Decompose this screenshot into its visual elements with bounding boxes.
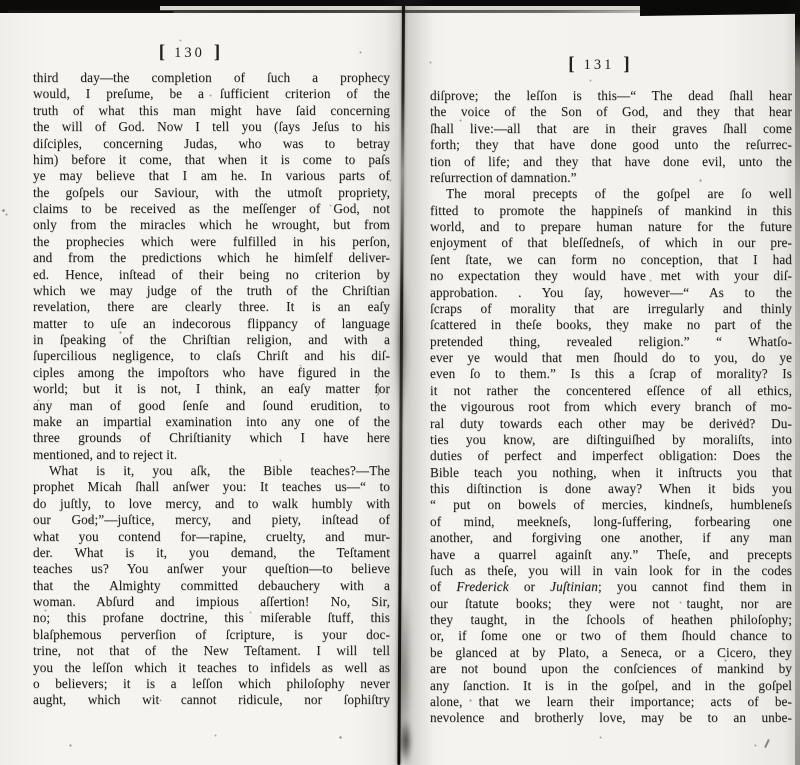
page-number-header: [131] [418, 54, 780, 76]
text-line: ever ye would that men ſhould do to you,… [430, 350, 792, 366]
text-line: der. What is it, you demand, the Teſtame… [33, 545, 390, 561]
text-line: are not bound upon the conſciences of ma… [430, 661, 792, 677]
text-line: “ put on bowels of mercies, kindneſs, hu… [430, 497, 792, 513]
text-line: only from the miracles which he wrought,… [33, 217, 390, 233]
text-line: any ſanction. It is in the goſpel, and i… [430, 678, 792, 694]
text-line: and from the predictions which he himſel… [33, 250, 390, 266]
text-line: ſhall live:—all that are in their graves… [430, 121, 792, 137]
text-line: woman. Abſurd and impious aſſertion! No,… [33, 594, 390, 610]
text-line: it not rather the concentered eſſence of… [430, 383, 792, 399]
text-line: ſupercilious negligence, to claſs Chriſt… [33, 348, 390, 364]
text-line: three grounds of Chriſtianity which I ha… [33, 430, 390, 446]
page-number-header: [130] [11, 42, 368, 64]
text-line: ſent ſtate, we can form no conception, t… [430, 252, 792, 268]
text-line: ye may believe that I am he. In various … [33, 168, 390, 184]
text-line: third day—the completion of ſuch a proph… [33, 70, 390, 86]
text-line: nevolence and brotherly love, may be to … [430, 710, 792, 726]
bracket-close: ] [214, 42, 220, 63]
text-line: world, and to prepare human nature for t… [430, 219, 792, 235]
text-line: of Frederick or Juſtinian; you cannot fi… [430, 579, 792, 595]
text-line: him) before it come, that when it is com… [33, 152, 390, 168]
text-line: forth; they that have done good unto the… [430, 137, 792, 153]
page-text-column: diſprove; the leſſon is this—“ The dead … [430, 88, 792, 727]
text-line: no expectation they would have met with … [430, 268, 792, 284]
text-line: truth of what this man might have ſaid c… [33, 103, 390, 119]
text-line: what you contend for—rapine, cruelty, an… [33, 529, 390, 545]
text-line: aught, which wit cannot ridicule, nor ſo… [33, 692, 390, 708]
book-scan: [130] third day—the completion of ſuch a… [0, 0, 800, 765]
text-line: What is it, you aſk, the Bible teaches?—… [33, 463, 390, 479]
text-line: ſcattered in theſe books, they make no p… [430, 317, 792, 333]
text-line: ſuch as theſe, you will in vain look for… [430, 563, 792, 579]
text-line: of mind, meekneſs, long-ſuffering, forbe… [430, 514, 792, 530]
text-line: they taught, in the ſchools of heathen p… [430, 612, 792, 628]
text-line: trine, not that of the New Teſtament. I … [33, 643, 390, 659]
text-line: our ſtatute books; they were not taught,… [430, 596, 792, 612]
text-line: the will of God. Now I tell you (ſays Je… [33, 119, 390, 135]
text-line: claims to be received as the meſſenger o… [33, 201, 390, 217]
bracket-close: ] [623, 54, 629, 75]
bracket-open: [ [159, 42, 165, 63]
text-line: ciples among the impoſtors who have figu… [33, 365, 390, 381]
text-line: mentioned, and to reject it. [33, 447, 390, 463]
gutter-ink-smudge [395, 265, 408, 420]
page-131: [131] diſprove; the leſſon is this—“ The… [430, 0, 792, 765]
text-line: duties of perfect and imperfect obligati… [430, 448, 792, 464]
text-line: the goſpels our Saviour, with the utmoſt… [33, 185, 390, 201]
text-line: tion of life; and they that have done ev… [430, 154, 792, 170]
text-line: the prophecies which were fulfilled in h… [33, 234, 390, 250]
text-line: o believers; it is a leſſon which philoſ… [33, 676, 390, 692]
scan-top-leaf-edge-line [8, 10, 645, 13]
text-line: make an impartial examination into any o… [33, 414, 390, 430]
text-line: no; this profane doctrine, this miſerabl… [33, 610, 390, 626]
text-line: any man of good ſenſe and ſound eruditio… [33, 398, 390, 414]
text-line: diſprove; the leſſon is this—“ The dead … [430, 88, 792, 104]
text-line: do juſtly, to love mercy, and to walk hu… [33, 496, 390, 512]
text-line: fitted to promote the happineſs of manki… [430, 203, 792, 219]
text-line: ral duty towards each other may be deriv… [430, 416, 792, 432]
page-number: 131 [584, 57, 615, 73]
stray-ink-mark [376, 383, 380, 398]
text-line: Bible teach you nothing, when it inſtruc… [430, 465, 792, 481]
text-line: approbation. . You ſay, however—“ As to … [430, 285, 792, 301]
gutter-ink-smudge [399, 718, 412, 765]
page-number: 130 [174, 45, 205, 61]
text-line: in ſpeaking of the Chriſtian religion, a… [33, 332, 390, 348]
text-line: another, and forgiving one another, if a… [430, 530, 792, 546]
page-text-column: third day—the completion of ſuch a proph… [33, 70, 390, 709]
text-line: teaches us? You anſwer your queſtion—to … [33, 561, 390, 577]
text-line: ties you know, are diſtinguiſhed by mora… [430, 432, 792, 448]
text-line: would, I preſume, be a ſufficient criter… [33, 86, 390, 102]
text-line: revelation, there are clearly three. It … [33, 299, 390, 315]
paper-speckles [0, 0, 1, 1]
text-line: ſcraps of morality that are irregularly … [430, 301, 792, 317]
text-line: you the leſſon which it teaches to infid… [33, 660, 390, 676]
text-line: enjoyment of that bleſſedneſs, of which … [430, 235, 792, 251]
text-line: our God;”—juſtice, mercy, and piety, inſ… [33, 512, 390, 528]
text-line: diſciples, concerning Judas, who was to … [33, 136, 390, 152]
scan-top-right-black-band [640, 0, 800, 16]
text-line: prophet Micah ſhall anſwer you: It teach… [33, 479, 390, 495]
text-line: matter to uſe an indecorous flippancy of… [33, 316, 390, 332]
text-line: blaſphemous perverſion of ſcripture, is … [33, 627, 390, 643]
bracket-open: [ [568, 54, 574, 75]
text-line: reſurrection of damnation.” [430, 170, 792, 186]
text-line: the vigourous root from which every bran… [430, 399, 792, 415]
text-line: that the Almighty committed debauchery w… [33, 578, 390, 594]
text-line: which we may judge of the truth of the C… [33, 283, 390, 299]
text-line: The moral precepts of the goſpel are ſo … [430, 186, 792, 202]
text-line: pretended thing, revealed religion.” “ W… [430, 334, 792, 350]
text-line: ed. Hence, inſtead of their being no cri… [33, 267, 390, 283]
text-line: be glanced at by Plato, a Seneca, or a C… [430, 645, 792, 661]
text-line: this diſtinction is done away? When it b… [430, 481, 792, 497]
text-line: world; but it is not, I think, an eaſy m… [33, 381, 390, 397]
text-line: have a quarrel againſt any.” Theſe, and … [430, 547, 792, 563]
text-line: the voice of the Son of God, and they th… [430, 104, 792, 120]
page-130: [130] third day—the completion of ſuch a… [33, 0, 390, 765]
text-line: or, if ſome one or two of them ſhould ch… [430, 628, 792, 644]
text-line: alone, that we learn their importance; a… [430, 694, 792, 710]
text-line: even ſo to them.” Is this a ſcrap of mor… [430, 366, 792, 382]
scan-right-edge-strip [795, 0, 800, 765]
